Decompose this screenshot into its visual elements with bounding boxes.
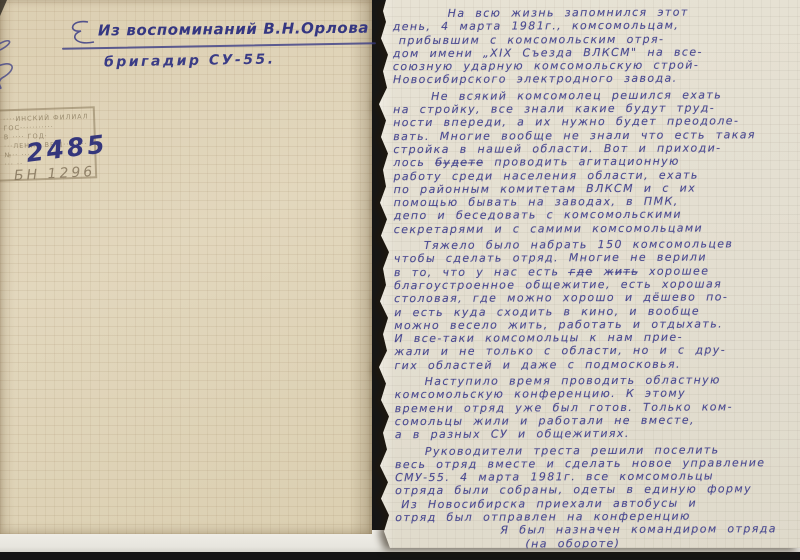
pencil-inventory-number: БН 1296 xyxy=(14,164,96,184)
manuscript-line: а в разных СУ и общежитиях. xyxy=(395,426,800,442)
page-subtitle: бригадир СУ-55. xyxy=(104,52,276,71)
ink-scribble-left-edge xyxy=(0,34,38,94)
manuscript-line: секретарями и с самими комсомольцами xyxy=(394,221,800,237)
scanned-manuscript-spread: Из воспоминаний В.Н.Орлова бригадир СУ-5… xyxy=(0,0,800,560)
scan-background-strip xyxy=(0,552,800,560)
manuscript-line: (на обороте) xyxy=(525,535,800,549)
left-page: Из воспоминаний В.Н.Орлова бригадир СУ-5… xyxy=(0,0,372,534)
title-flourish-mark xyxy=(64,18,98,50)
manuscript-text-block: На всю жизнь запомнился этотдень, 4 март… xyxy=(393,2,800,549)
manuscript-line: отряда были собраны, одеты в единую форм… xyxy=(395,482,800,498)
right-page: На всю жизнь запомнился этотдень, 4 март… xyxy=(374,0,800,548)
manuscript-line: Новосибирского электродного завода. xyxy=(393,71,800,87)
title-underline xyxy=(62,42,376,49)
manuscript-line: гих областей и даже с подмосковья. xyxy=(394,357,800,373)
manuscript-line: весь отряд вместе и сделать новое управл… xyxy=(395,456,800,472)
manuscript-line: вать. Многие вообще не знали что есть та… xyxy=(393,128,800,144)
manuscript-line: Я был назначен командиром отряда xyxy=(500,522,800,537)
page-corner-shadow xyxy=(0,0,7,16)
page-title: Из воспоминаний В.Н.Орлова xyxy=(98,18,388,39)
